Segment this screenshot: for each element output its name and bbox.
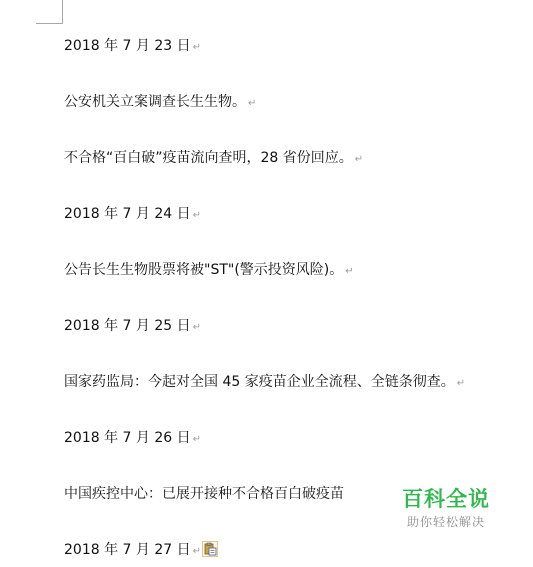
paragraph-mark-icon: ↵ [355, 154, 363, 165]
watermark-logo: 百科全说 助你轻松解决 [381, 482, 511, 544]
paragraph-news-4[interactable]: 国家药监局：今起对全国 45 家疫苗企业全流程、全链条彻查。↵ [64, 373, 465, 393]
paragraph-mark-icon: ↵ [248, 98, 256, 109]
paragraph-mark-icon: ↵ [193, 434, 201, 445]
watermark-subtitle: 助你轻松解决 [381, 514, 511, 530]
paragraph-date-0727[interactable]: 2018 年 7 月 27 日↵ [64, 541, 218, 561]
paragraph-text: 公告长生生物股票将被"ST"(警示投资风险)。 [64, 262, 343, 278]
paragraph-text: 2018 年 7 月 27 日 [64, 542, 191, 558]
paragraph-text: 国家药监局：今起对全国 45 家疫苗企业全流程、全链条彻查。 [64, 374, 455, 390]
paragraph-text: 中国疾控中心：已展开接种不合格百白破疫苗 [64, 486, 344, 502]
paragraph-mark-icon: ↵ [457, 378, 465, 389]
paragraph-date-0723[interactable]: 2018 年 7 月 23 日↵ [64, 37, 201, 57]
watermark-title: 百科全说 [381, 486, 511, 512]
paragraph-date-0724[interactable]: 2018 年 7 月 24 日↵ [64, 205, 201, 225]
paragraph-mark-icon: ↵ [193, 210, 201, 221]
paragraph-date-0726[interactable]: 2018 年 7 月 26 日↵ [64, 429, 201, 449]
paragraph-date-0725[interactable]: 2018 年 7 月 25 日↵ [64, 317, 201, 337]
page-margin-corner-mark [36, 0, 63, 24]
paragraph-text: 2018 年 7 月 26 日 [64, 430, 191, 446]
paragraph-news-2[interactable]: 不合格“百白破”疫苗流向查明，28 省份回应。↵ [64, 149, 363, 169]
paragraph-text: 不合格“百白破”疫苗流向查明，28 省份回应。 [64, 150, 353, 166]
paragraph-mark-icon: ↵ [193, 322, 201, 333]
paragraph-mark-icon: ↵ [345, 266, 353, 277]
paragraph-news-5[interactable]: 中国疾控中心：已展开接种不合格百白破疫苗 [64, 485, 344, 503]
paragraph-mark-icon: ↵ [193, 546, 201, 557]
paragraph-text: 2018 年 7 月 24 日 [64, 206, 191, 222]
paragraph-mark-icon: ↵ [193, 42, 201, 53]
paragraph-text: 2018 年 7 月 23 日 [64, 38, 191, 54]
paste-options-icon[interactable] [202, 541, 218, 557]
paragraph-news-3[interactable]: 公告长生生物股票将被"ST"(警示投资风险)。↵ [64, 261, 354, 281]
paragraph-text: 2018 年 7 月 25 日 [64, 318, 191, 334]
paragraph-text: 公安机关立案调查长生生物。 [64, 94, 246, 110]
paragraph-news-1[interactable]: 公安机关立案调查长生生物。↵ [64, 93, 256, 113]
